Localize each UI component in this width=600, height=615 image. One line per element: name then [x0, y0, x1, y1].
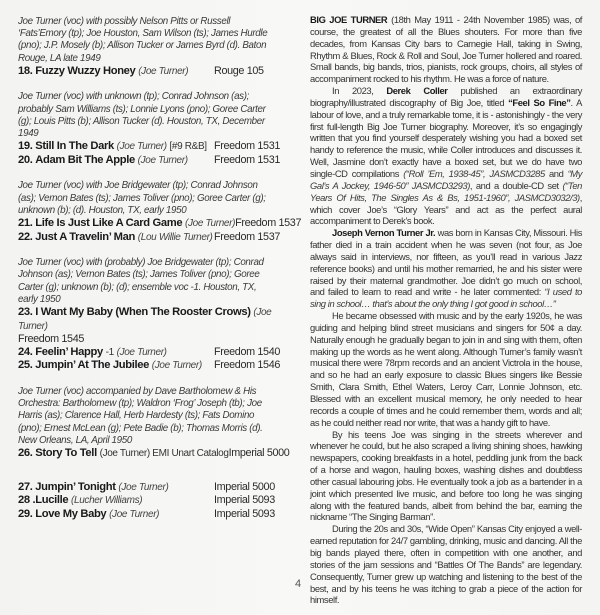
track-title: Lucille — [35, 494, 68, 506]
track-composer: (Lucher Williams) — [71, 495, 142, 506]
track-title: Story To Tell — [35, 447, 97, 459]
track-number: 24. — [18, 346, 33, 358]
track-row: 24. Feelin’ Happy -1 (Joe Turner) Freedo… — [18, 346, 286, 360]
session-personnel: Joe Turner (voc) with possibly Nelson Pi… — [18, 16, 275, 65]
track-row: 20. Adam Bit The Apple (Joe Turner) Free… — [18, 154, 286, 168]
track-number: 28 . — [18, 494, 35, 506]
record-label: Imperial 5093 — [214, 494, 286, 507]
session-block: 27. Jumpin’ Tonight (Joe Turner) Imperia… — [18, 481, 286, 522]
track-title: Life Is Just Like A Card Game — [35, 217, 182, 229]
track-composer: (Joe Turner) — [117, 141, 167, 152]
track-number: 25. — [18, 359, 33, 371]
track-composer: (Joe Turner) — [185, 218, 235, 229]
track-title: Still In The Dark — [35, 140, 114, 152]
track-composer: (Joe Turner) — [117, 347, 167, 358]
track-row: 23. I Want My Baby (When The Rooster Cro… — [18, 306, 286, 346]
bio-paragraph: He became obsessed with music and by the… — [310, 310, 582, 428]
track-composer: (Joe Turner) — [152, 360, 202, 371]
track-title: I Want My Baby (When The Rooster Crows) — [35, 306, 250, 318]
cd-reference: (“Roll ’Em, 1938-45”, JASMCD3285 — [403, 168, 545, 179]
session-personnel: Joe Turner (voc) with unknown (tp); Conr… — [18, 91, 275, 140]
record-label: Freedom 1531 — [214, 154, 286, 167]
track-title: Just A Travelin’ Man — [35, 231, 135, 243]
session-personnel: Joe Turner (voc) accompanied by Dave Bar… — [18, 386, 275, 435]
bio-paragraph: During the 20s and 30s, “Wide Open” Kans… — [310, 523, 582, 606]
bio-paragraph: BIG JOE TURNER (18th May 1911 - 24th Nov… — [310, 14, 582, 85]
booklet-page: Joe Turner (voc) with possibly Nelson Pi… — [0, 0, 600, 615]
book-title: “Feel So Fine” — [508, 97, 570, 108]
artist-name: BIG JOE TURNER — [310, 14, 387, 25]
author-name: Derek Coller — [386, 85, 447, 96]
track-number: 20. — [18, 154, 33, 166]
record-label: Imperial 5000 — [229, 447, 301, 460]
record-label: Freedom 1531 — [214, 140, 286, 153]
track-row: 27. Jumpin’ Tonight (Joe Turner) Imperia… — [18, 481, 286, 495]
track-row: 28 .Lucille (Lucher Williams) Imperial 5… — [18, 494, 286, 508]
track-title: Adam Bit The Apple — [35, 154, 135, 166]
record-label: Freedom 1537 — [235, 217, 307, 230]
session-block: Joe Turner (voc) with (probably) Joe Bri… — [18, 257, 286, 373]
bio-paragraph: Joseph Vernon Turner Jr. was born in Kan… — [310, 227, 582, 310]
discography-column: Joe Turner (voc) with possibly Nelson Pi… — [18, 16, 286, 534]
track-composer: (Joe Turner) — [118, 482, 168, 493]
track-composer: (Joe Turner) — [109, 509, 159, 520]
track-number: 29. — [18, 508, 33, 520]
track-number: 19. — [18, 140, 33, 152]
track-number: 23. — [18, 306, 33, 318]
session-block: Joe Turner (voc) with unknown (tp); Conr… — [18, 91, 286, 167]
track-number: 26. — [18, 447, 33, 459]
track-composer: (Joe Turner) EMI Unart Catalog — [100, 448, 229, 459]
track-title: Jumpin’ At The Jubilee — [35, 359, 149, 371]
track-composer: (Lou Willie Turner) — [138, 232, 213, 243]
record-label: Imperial 5000 — [214, 481, 286, 494]
session-block: Joe Turner (voc) accompanied by Dave Bar… — [18, 386, 286, 461]
record-label: Freedom 1546 — [214, 359, 286, 372]
ensemble-note: -1 — [106, 347, 114, 358]
track-row: 26. Story To Tell (Joe Turner) EMI Unart… — [18, 447, 286, 461]
record-label: Imperial 5093 — [214, 508, 286, 521]
session-block: Joe Turner (voc) with Joe Bridgewater (t… — [18, 180, 286, 244]
track-row: 19. Still In The Dark (Joe Turner) [#9 R… — [18, 140, 286, 154]
track-title: Love My Baby — [35, 508, 106, 520]
track-row: 18. Fuzzy Wuzzy Honey (Joe Turner) Rouge… — [18, 65, 286, 79]
bio-paragraph: In 2023, Derek Coller published an extra… — [310, 85, 582, 227]
record-label: Rouge 105 — [214, 65, 286, 78]
track-composer: (Joe Turner) — [138, 155, 188, 166]
page-number: 4 — [295, 578, 301, 590]
track-row: 21. Life Is Just Like A Card Game (Joe T… — [18, 217, 286, 231]
session-location: New Orleans, LA, April 1950 — [18, 435, 275, 447]
session-personnel: Joe Turner (voc) with Joe Bridgewater (t… — [18, 180, 275, 217]
record-label: Freedom 1537 — [214, 231, 286, 244]
biography-column: BIG JOE TURNER (18th May 1911 - 24th Nov… — [310, 14, 582, 606]
track-number: 27. — [18, 481, 33, 493]
chart-note: [#9 R&B] — [170, 141, 207, 152]
track-composer: (Joe Turner) — [138, 66, 188, 77]
track-row: 29. Love My Baby (Joe Turner) Imperial 5… — [18, 508, 286, 522]
track-title: Jumpin’ Tonight — [35, 481, 115, 493]
bio-paragraph: By his teens Joe was singing in the stre… — [310, 429, 582, 524]
session-block: Joe Turner (voc) with possibly Nelson Pi… — [18, 16, 286, 78]
track-row: 22. Just A Travelin’ Man (Lou Willie Tur… — [18, 231, 286, 245]
track-title: Fuzzy Wuzzy Honey — [35, 65, 135, 77]
record-label: Freedom 1540 — [214, 346, 286, 359]
record-label: Freedom 1545 — [18, 333, 286, 346]
track-number: 22. — [18, 231, 33, 243]
track-title: Feelin’ Happy — [35, 346, 103, 358]
track-number: 21. — [18, 217, 33, 229]
track-row: 25. Jumpin’ At The Jubilee (Joe Turner) … — [18, 359, 286, 373]
full-name: Joseph Vernon Turner Jr. — [332, 227, 435, 238]
session-personnel: Joe Turner (voc) with (probably) Joe Bri… — [18, 257, 275, 306]
track-number: 18. — [18, 65, 33, 77]
